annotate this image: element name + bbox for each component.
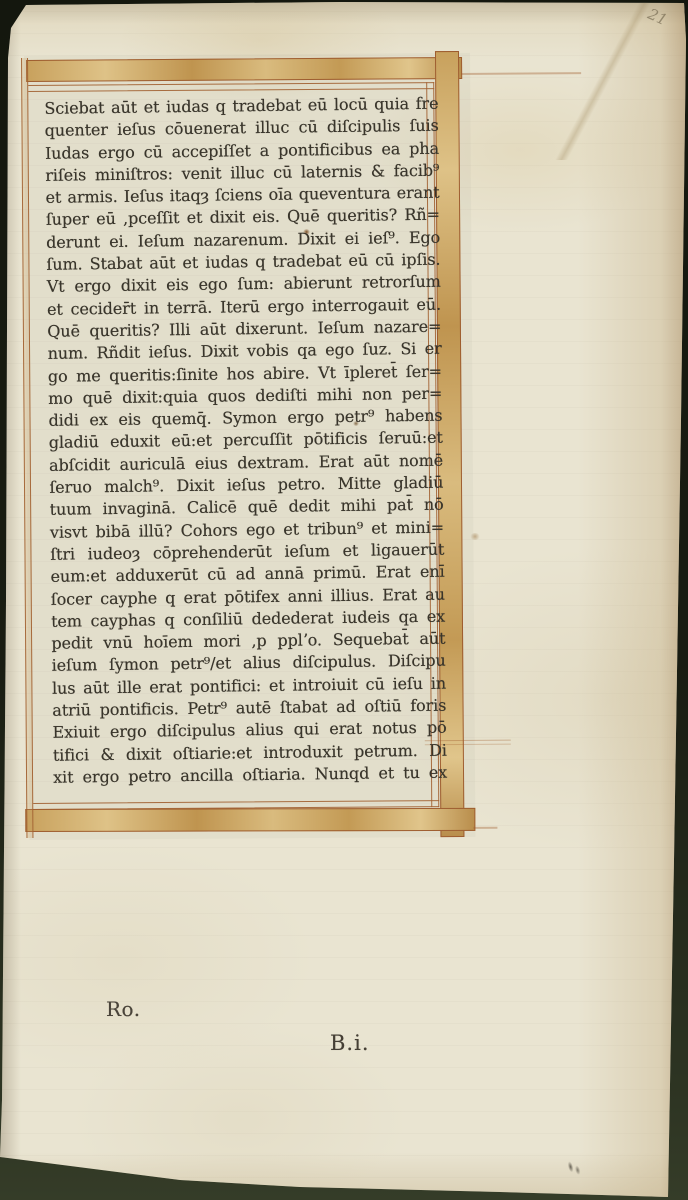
page-text: Sciebat aūt et iudas q tradebat eū locū … <box>44 93 447 789</box>
rule-overshoot <box>473 827 497 829</box>
ink-smudge <box>564 1156 585 1179</box>
rule-overshoot <box>461 72 581 74</box>
running-mark-ro: Ro. <box>106 997 141 1021</box>
gold-band-top <box>26 57 462 82</box>
gold-band-bottom <box>25 808 475 832</box>
inner-rule-top <box>28 82 434 92</box>
folio-number: 21 <box>645 5 670 29</box>
text-line: xit ergo petro ancilla oſtiaria. Nunqd e… <box>53 762 447 789</box>
manuscript-page: Sciebat aūt et iudas q tradebat eū locū … <box>0 0 688 1200</box>
border-rule-left <box>21 58 33 838</box>
signature-mark: B.i. <box>330 1031 370 1055</box>
illuminated-border: Sciebat aūt et iudas q tradebat eū locū … <box>24 53 475 840</box>
